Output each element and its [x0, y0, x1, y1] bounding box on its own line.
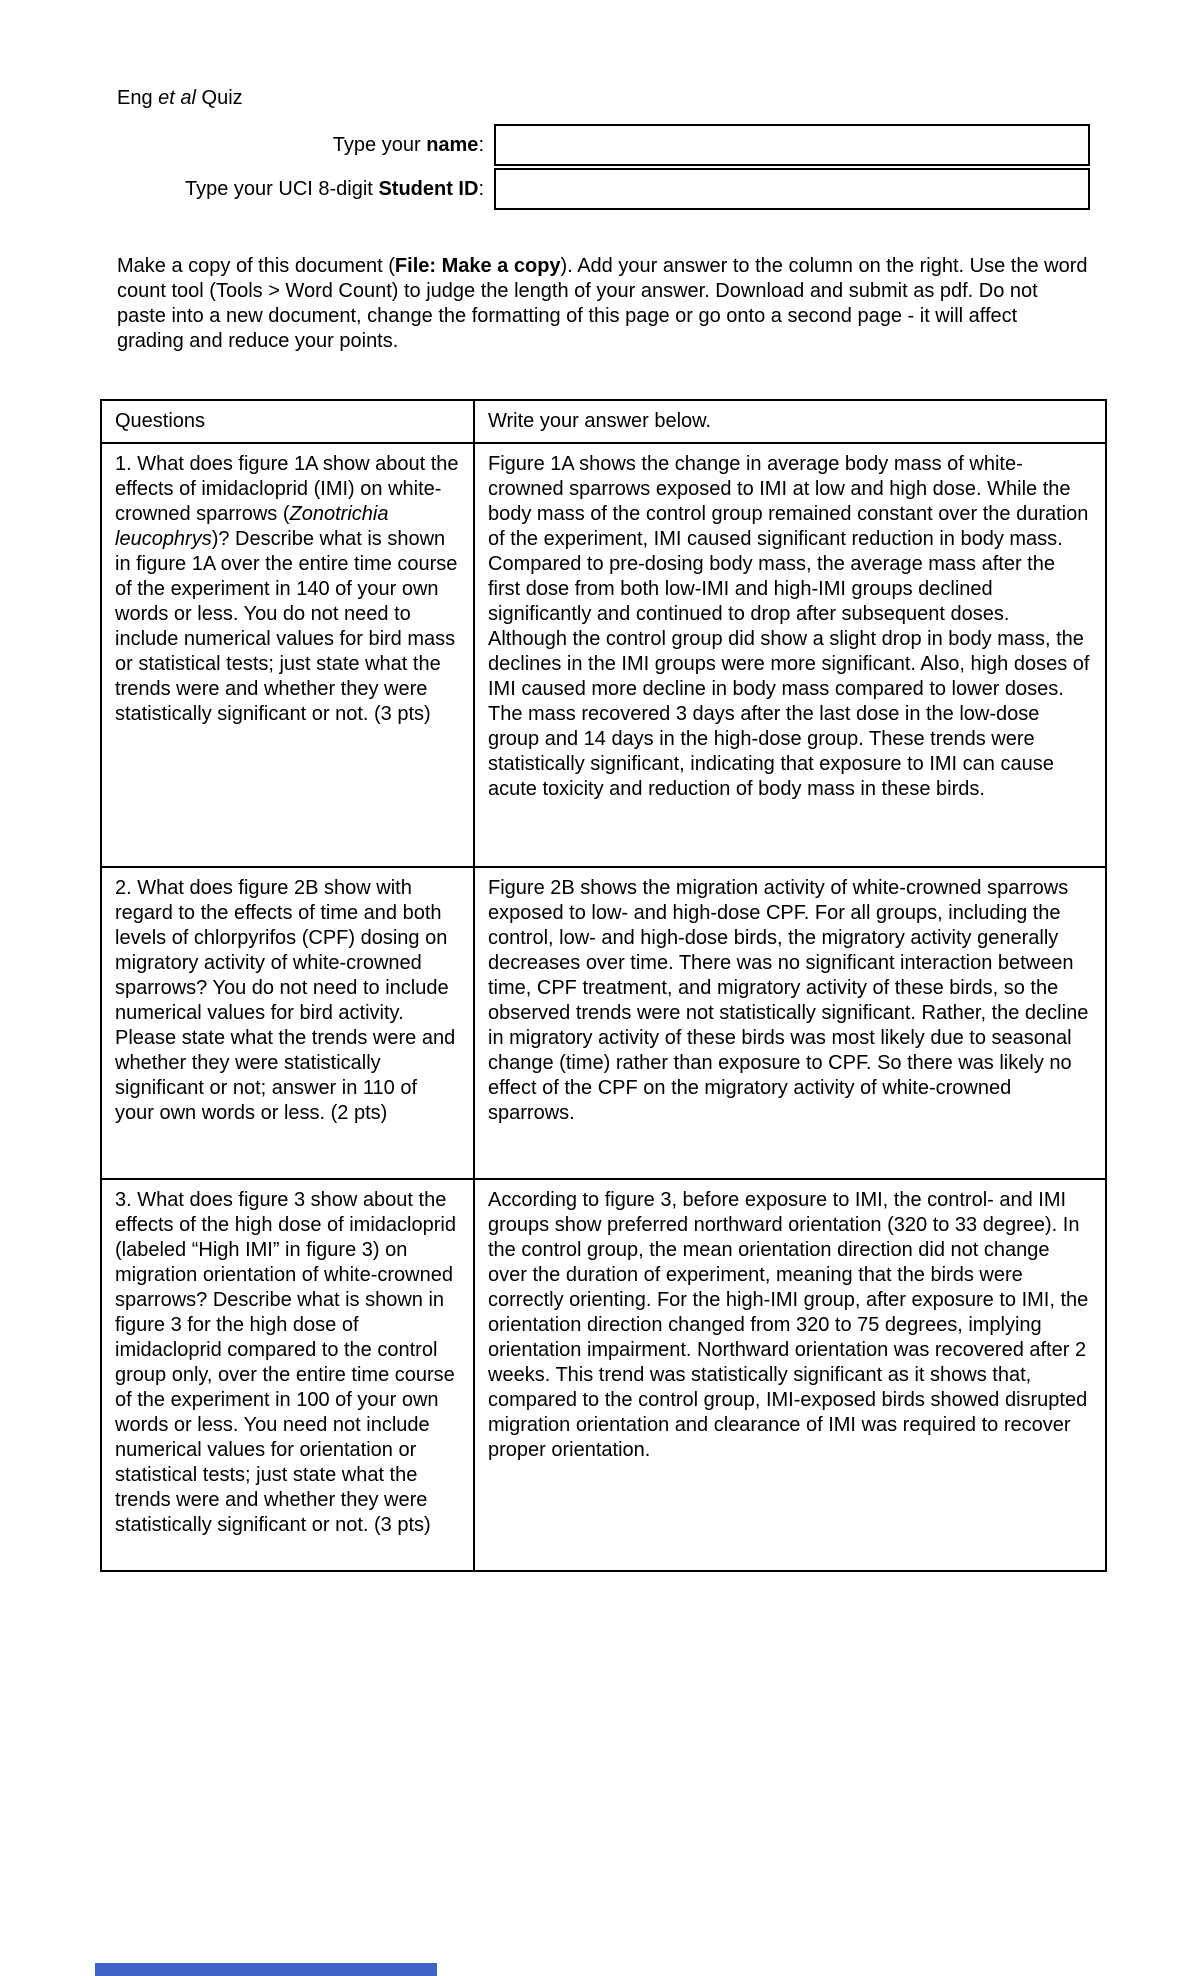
question-3-cell: 3. What does figure 3 show about the eff…	[101, 1179, 474, 1571]
answer-3-cell[interactable]: According to figure 3, before exposure t…	[474, 1179, 1106, 1571]
table-row: 3. What does figure 3 show about the eff…	[101, 1179, 1106, 1571]
document-page: Eng et al Quiz Type your name: Type your…	[0, 0, 1200, 1572]
table-row: 2. What does figure 2B show with regard …	[101, 867, 1106, 1179]
cropped-bottom-blue-element	[95, 1963, 437, 1976]
name-label-bold: name	[426, 134, 478, 156]
question-1-text-part2: )? Describe what is shown in figure 1A o…	[115, 528, 457, 725]
name-input[interactable]	[494, 124, 1090, 166]
student-id-label-bold: Student ID	[378, 178, 478, 200]
question-1-text-part1: 1. What does figure 1A show about the ef…	[115, 453, 459, 525]
student-id-label-prefix: Type your UCI 8-digit	[185, 178, 378, 200]
question-1-cell: 1. What does figure 1A show about the ef…	[101, 443, 474, 867]
table-row: 1. What does figure 1A show about the ef…	[101, 443, 1106, 867]
quiz-table: Questions Write your answer below. 1. Wh…	[100, 399, 1107, 1572]
page-title-italic: et al	[158, 87, 196, 109]
student-id-label-suffix: :	[478, 178, 484, 200]
answer-2-cell[interactable]: Figure 2B shows the migration activity o…	[474, 867, 1106, 1179]
page-title-part1: Eng	[117, 87, 158, 109]
page-title-part2: Quiz	[196, 87, 243, 109]
student-id-field-row: Type your UCI 8-digit Student ID:	[100, 168, 1105, 210]
name-label-prefix: Type your	[333, 134, 426, 156]
questions-column-header: Questions	[101, 400, 474, 443]
instructions-bold: File: Make a copy	[395, 255, 561, 277]
instructions-paragraph: Make a copy of this document (File: Make…	[117, 254, 1089, 354]
answer-1-cell[interactable]: Figure 1A shows the change in average bo…	[474, 443, 1106, 867]
student-id-field-label: Type your UCI 8-digit Student ID:	[100, 177, 484, 202]
name-field-row: Type your name:	[100, 124, 1105, 166]
name-label-suffix: :	[478, 134, 484, 156]
table-header-row: Questions Write your answer below.	[101, 400, 1106, 443]
answer-column-header: Write your answer below.	[474, 400, 1106, 443]
name-field-label: Type your name:	[100, 133, 484, 158]
student-id-input[interactable]	[494, 168, 1090, 210]
question-2-cell: 2. What does figure 2B show with regard …	[101, 867, 474, 1179]
instructions-part1: Make a copy of this document (	[117, 255, 395, 277]
page-title: Eng et al Quiz	[117, 86, 1105, 111]
